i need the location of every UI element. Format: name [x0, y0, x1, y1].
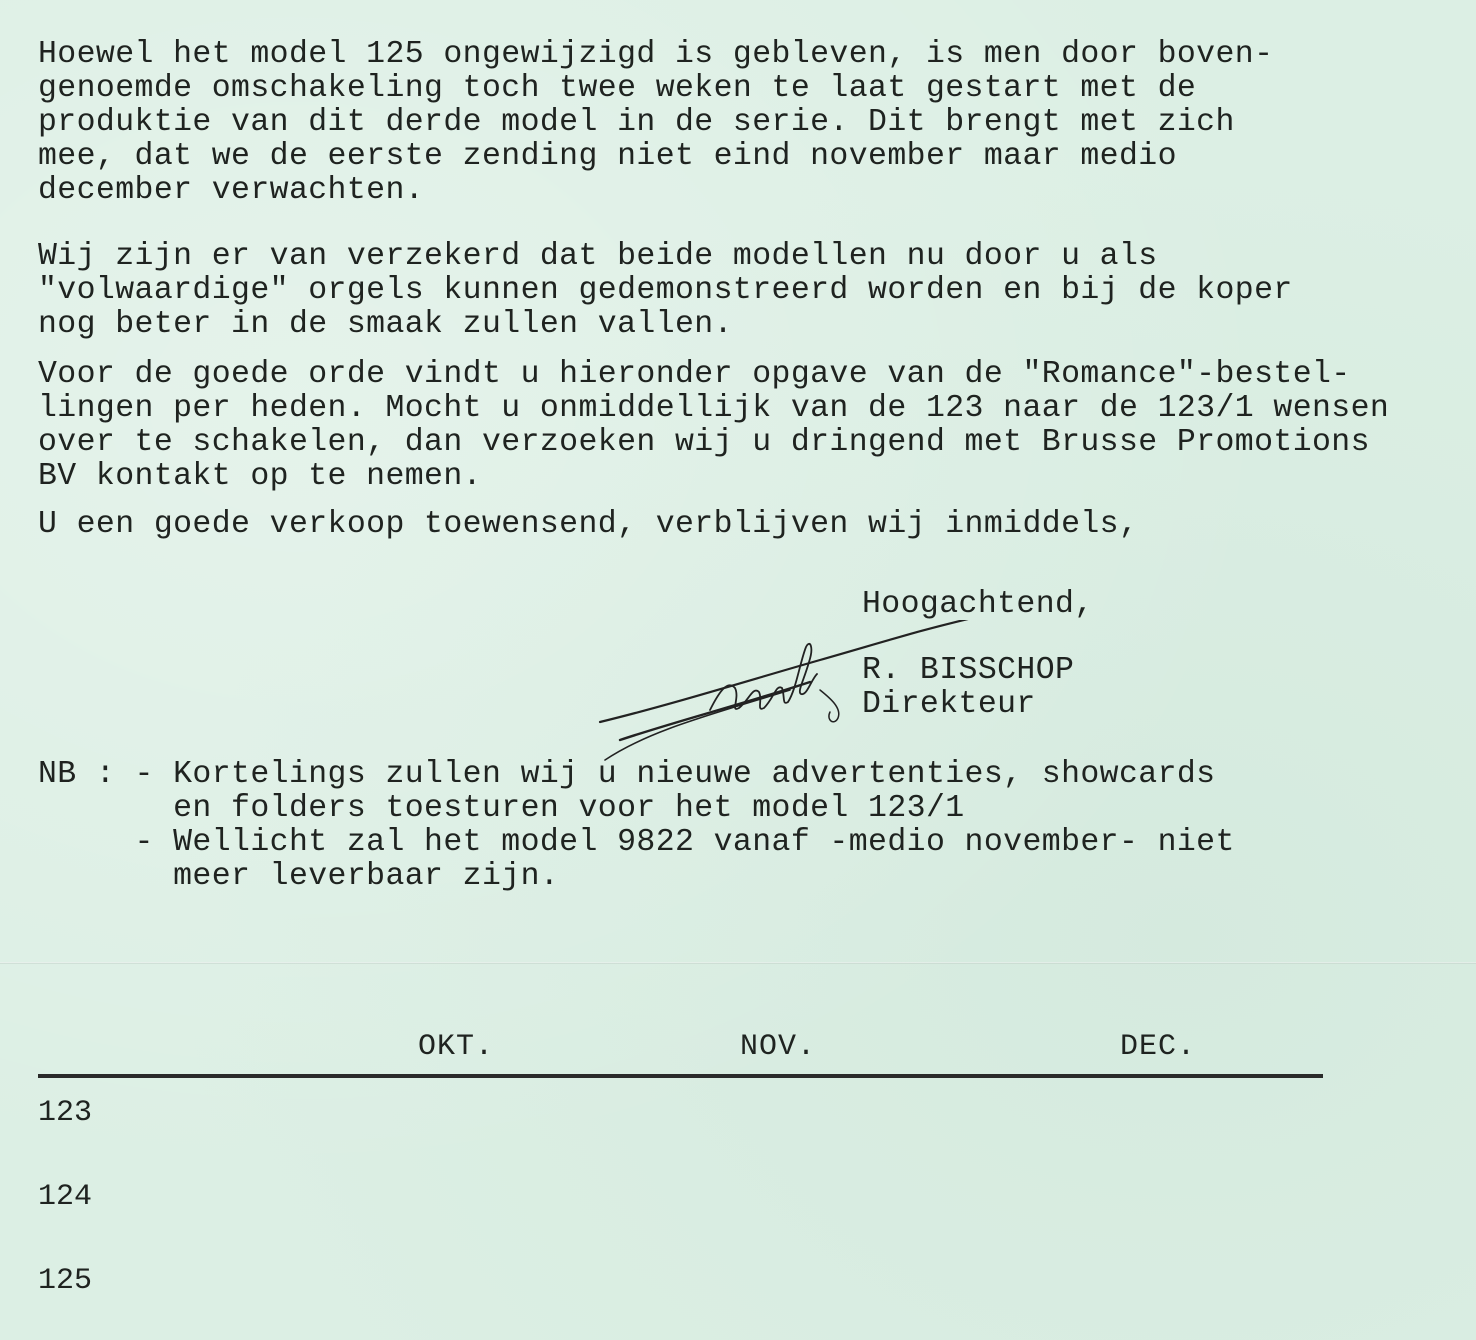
paper-fold-crease — [0, 962, 1476, 964]
nb-line: NB : - Kortelings zullen wij u nieuwe ad… — [38, 758, 1216, 792]
column-header-nov: NOV. — [740, 1030, 816, 1064]
closing-line: U een goede verkoop toewensend, verblijv… — [38, 508, 1138, 542]
paragraph-2-line: "volwaardige" orgels kunnen gedemonstree… — [38, 274, 1293, 308]
paragraph-1-line: Hoewel het model 125 ongewijzigd is gebl… — [38, 38, 1273, 72]
table-row-label: 124 — [38, 1180, 92, 1214]
nb-line: en folders toesturen voor het model 123/… — [38, 792, 965, 826]
column-header-okt: OKT. — [418, 1030, 494, 1064]
paragraph-2-line: Wij zijn er van verzekerd dat beide mode… — [38, 240, 1158, 274]
paragraph-1-line: mee, dat we de eerste zending niet eind … — [38, 140, 1177, 174]
paragraph-1-line: genoemde omschakeling toch twee weken te… — [38, 72, 1196, 106]
table-row-label: 123 — [38, 1096, 92, 1130]
paragraph-2-line: nog beter in de smaak zullen vallen. — [38, 308, 733, 342]
paragraph-1-line: produktie van dit derde model in de seri… — [38, 106, 1235, 140]
paragraph-1-line: december verwachten. — [38, 174, 424, 208]
salutation: Hoogachtend, — [862, 588, 1094, 622]
nb-line: meer leverbaar zijn. — [38, 860, 559, 894]
table-header-rule — [38, 1074, 1323, 1078]
handwritten-signature — [590, 620, 990, 770]
table-row-label: 125 — [38, 1264, 92, 1298]
nb-line: - Wellicht zal het model 9822 vanaf -med… — [38, 826, 1235, 860]
paragraph-3-line: lingen per heden. Mocht u onmiddellijk v… — [38, 392, 1389, 426]
paragraph-3-line: Voor de goede orde vindt u hieronder opg… — [38, 358, 1351, 392]
paragraph-3-line: BV kontakt op te nemen. — [38, 460, 482, 494]
paragraph-3-line: over te schakelen, dan verzoeken wij u d… — [38, 426, 1370, 460]
column-header-dec: DEC. — [1120, 1030, 1196, 1064]
